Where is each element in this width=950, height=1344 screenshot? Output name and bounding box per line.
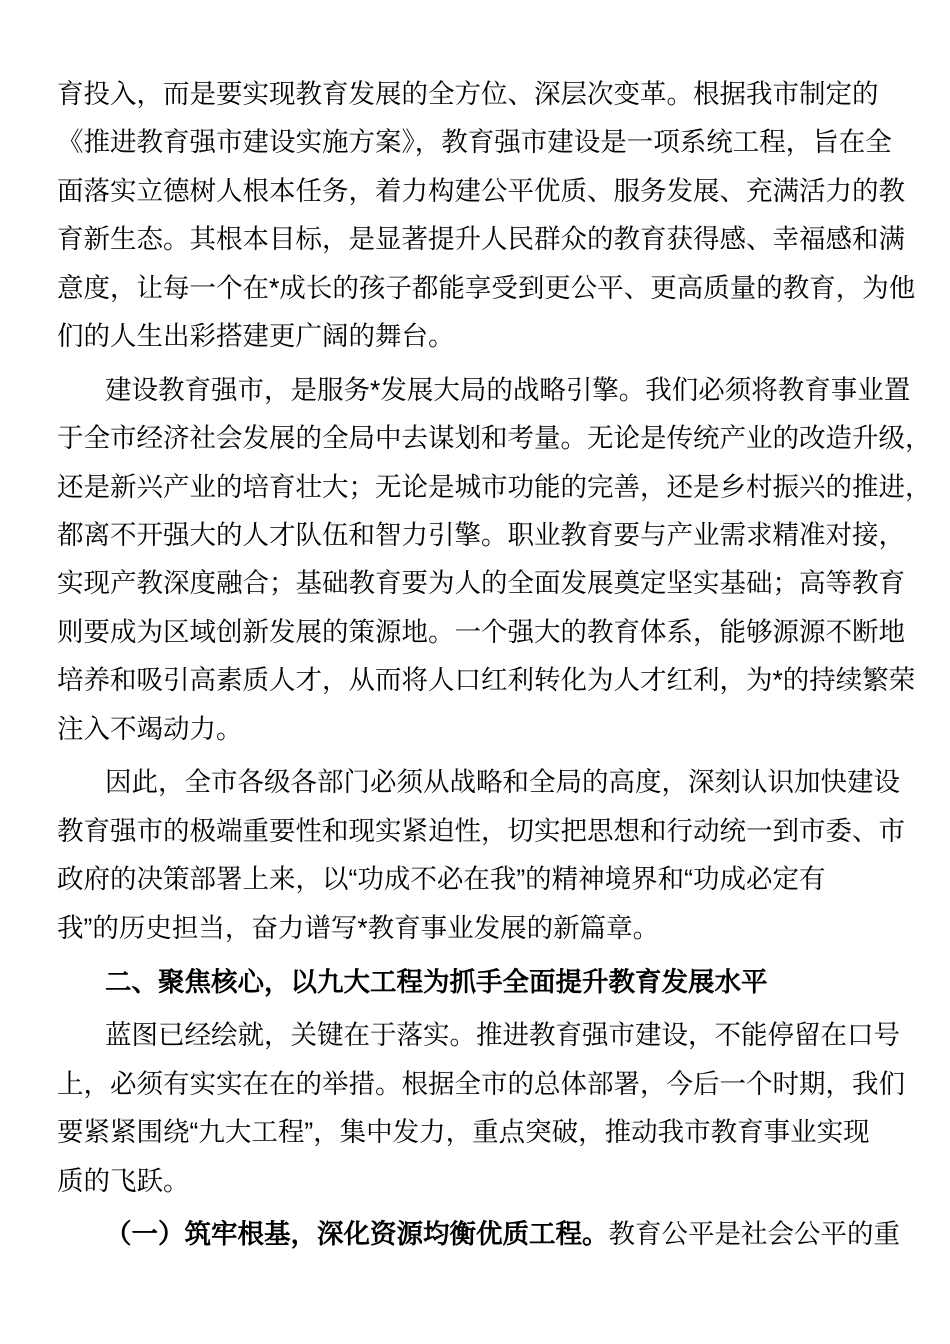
text-line: 则要成为区域创新发展的策源地。一个强大的教育体系，能够源源不断地 — [57, 608, 893, 656]
text-run: 培养和吸引高素质人才，从而将人口红利转化为人才红利，为*的持续繁荣 — [57, 665, 915, 695]
document-body: 育投入，而是要实现教育发展的全方位、深层次变革。根据我市制定的《推进教育强市建设… — [57, 70, 893, 1259]
paragraph-strategic-engine: 建设教育强市，是服务*发展大局的战略引擎。我们必须将教育事业置于全市经济社会发展… — [57, 366, 893, 753]
text-line: 二、聚焦核心，以九大工程为抓手全面提升教育发展水平 — [57, 958, 893, 1006]
text-run: 意度，让每一个在*成长的孩子都能享受到更公平、更高质量的教育，为他 — [57, 273, 915, 303]
text-line: 都离不开强大的人才队伍和智力引擎。职业教育要与产业需求精准对接， — [57, 511, 893, 559]
paragraph-call-to-action: 因此，全市各级各部门必须从战略和全局的高度，深刻认识加快建设教育强市的极端重要性… — [57, 758, 893, 952]
text-run: 建设教育强市，是服务*发展大局的战略引擎。我们必须将教育事业置 — [105, 375, 910, 405]
text-run: 上，必须有实实在在的举措。根据全市的总体部署，今后一个时期，我们 — [57, 1069, 905, 1099]
text-run: 们的人生出彩搭建更广阔的舞台。 — [57, 321, 455, 351]
text-run: 则要成为区域创新发展的策源地。一个强大的教育体系，能够源源不断地 — [57, 617, 905, 647]
text-line: 建设教育强市，是服务*发展大局的战略引擎。我们必须将教育事业置 — [57, 366, 893, 414]
text-run: 教育强市的极端重要性和现实紧迫性，切实把思想和行动统一到市委、市 — [57, 816, 905, 846]
text-line: 教育强市的极端重要性和现实紧迫性，切实把思想和行动统一到市委、市 — [57, 807, 893, 855]
text-run: 育投入，而是要实现教育发展的全方位、深层次变革。根据我市制定的 — [57, 79, 879, 109]
text-line: 质的飞跃。 — [57, 1157, 893, 1205]
heading-section-two: 二、聚焦核心，以九大工程为抓手全面提升教育发展水平 — [57, 958, 893, 1006]
paragraph-education-reform-continuation: 育投入，而是要实现教育发展的全方位、深层次变革。根据我市制定的《推进教育强市建设… — [57, 70, 893, 360]
paragraph-blueprint-implementation: 蓝图已经绘就，关键在于落实。推进教育强市建设，不能停留在口号上，必须有实实在在的… — [57, 1011, 893, 1205]
text-line: 还是新兴产业的培育壮大；无论是城市功能的完善，还是乡村振兴的推进， — [57, 463, 893, 511]
bold-text-run: 二、聚焦核心，以九大工程为抓手全面提升教育发展水平 — [105, 967, 768, 997]
bold-text-run: （一）筑牢根基，深化资源均衡优质工程。 — [105, 1219, 609, 1249]
text-line: 实现产教深度融合；基础教育要为人的全面发展奠定坚实基础；高等教育 — [57, 559, 893, 607]
text-line: 育投入，而是要实现教育发展的全方位、深层次变革。根据我市制定的 — [57, 70, 893, 118]
text-run: 我”的历史担当，奋力谱写*教育事业发展的新篇章。 — [57, 913, 659, 943]
text-line: 培养和吸引高素质人才，从而将人口红利转化为人才红利，为*的持续繁荣 — [57, 656, 893, 704]
text-line: 上，必须有实实在在的举措。根据全市的总体部署，今后一个时期，我们 — [57, 1060, 893, 1108]
text-line: 《推进教育强市建设实施方案》，教育强市建设是一项系统工程，旨在全 — [57, 118, 893, 166]
text-run: 蓝图已经绘就，关键在于落实。推进教育强市建设，不能停留在口号 — [105, 1020, 900, 1050]
text-run: 要紧紧围绕“九大工程”，集中发力，重点突破，推动我市教育事业实现 — [57, 1117, 870, 1147]
text-run: 教育公平是社会公平的重 — [609, 1219, 901, 1249]
text-run: 还是新兴产业的培育壮大；无论是城市功能的完善，还是乡村振兴的推进， — [57, 472, 932, 502]
text-line: 于全市经济社会发展的全局中去谋划和考量。无论是传统产业的改造升级， — [57, 414, 893, 462]
text-line: 要紧紧围绕“九大工程”，集中发力，重点突破，推动我市教育事业实现 — [57, 1108, 893, 1156]
text-line: 注入不竭动力。 — [57, 705, 893, 753]
text-run: 都离不开强大的人才队伍和智力引擎。职业教育要与产业需求精准对接， — [57, 520, 905, 550]
text-line: 政府的决策部署上来，以“功成不必在我”的精神境界和“功成必定有 — [57, 855, 893, 903]
text-line: 育新生态。其根本目标，是显著提升人民群众的教育获得感、幸福感和满 — [57, 215, 893, 263]
text-line: （一）筑牢根基，深化资源均衡优质工程。教育公平是社会公平的重 — [57, 1210, 893, 1258]
text-run: 实现产教深度融合；基础教育要为人的全面发展奠定坚实基础；高等教育 — [57, 568, 905, 598]
text-run: 面落实立德树人根本任务，着力构建公平优质、服务发展、充满活力的教 — [57, 176, 905, 206]
text-line: 们的人生出彩搭建更广阔的舞台。 — [57, 312, 893, 360]
text-line: 意度，让每一个在*成长的孩子都能享受到更公平、更高质量的教育，为他 — [57, 264, 893, 312]
text-line: 蓝图已经绘就，关键在于落实。推进教育强市建设，不能停留在口号 — [57, 1011, 893, 1059]
text-run: 政府的决策部署上来，以“功成不必在我”的精神境界和“功成必定有 — [57, 864, 825, 894]
text-run: 注入不竭动力。 — [57, 714, 243, 744]
text-line: 面落实立德树人根本任务，着力构建公平优质、服务发展、充满活力的教 — [57, 167, 893, 215]
text-run: 育新生态。其根本目标，是显著提升人民群众的教育获得感、幸福感和满 — [57, 224, 905, 254]
text-run: 质的飞跃。 — [57, 1166, 190, 1196]
text-line: 我”的历史担当，奋力谱写*教育事业发展的新篇章。 — [57, 904, 893, 952]
text-run: 因此，全市各级各部门必须从战略和全局的高度，深刻认识加快建设 — [105, 767, 900, 797]
text-run: 《推进教育强市建设实施方案》，教育强市建设是一项系统工程，旨在全 — [57, 127, 892, 157]
text-line: 因此，全市各级各部门必须从战略和全局的高度，深刻认识加快建设 — [57, 758, 893, 806]
text-run: 于全市经济社会发展的全局中去谋划和考量。无论是传统产业的改造升级， — [57, 423, 932, 453]
paragraph-subsection-one: （一）筑牢根基，深化资源均衡优质工程。教育公平是社会公平的重 — [57, 1210, 893, 1258]
document-page: 育投入，而是要实现教育发展的全方位、深层次变革。根据我市制定的《推进教育强市建设… — [0, 0, 950, 1344]
